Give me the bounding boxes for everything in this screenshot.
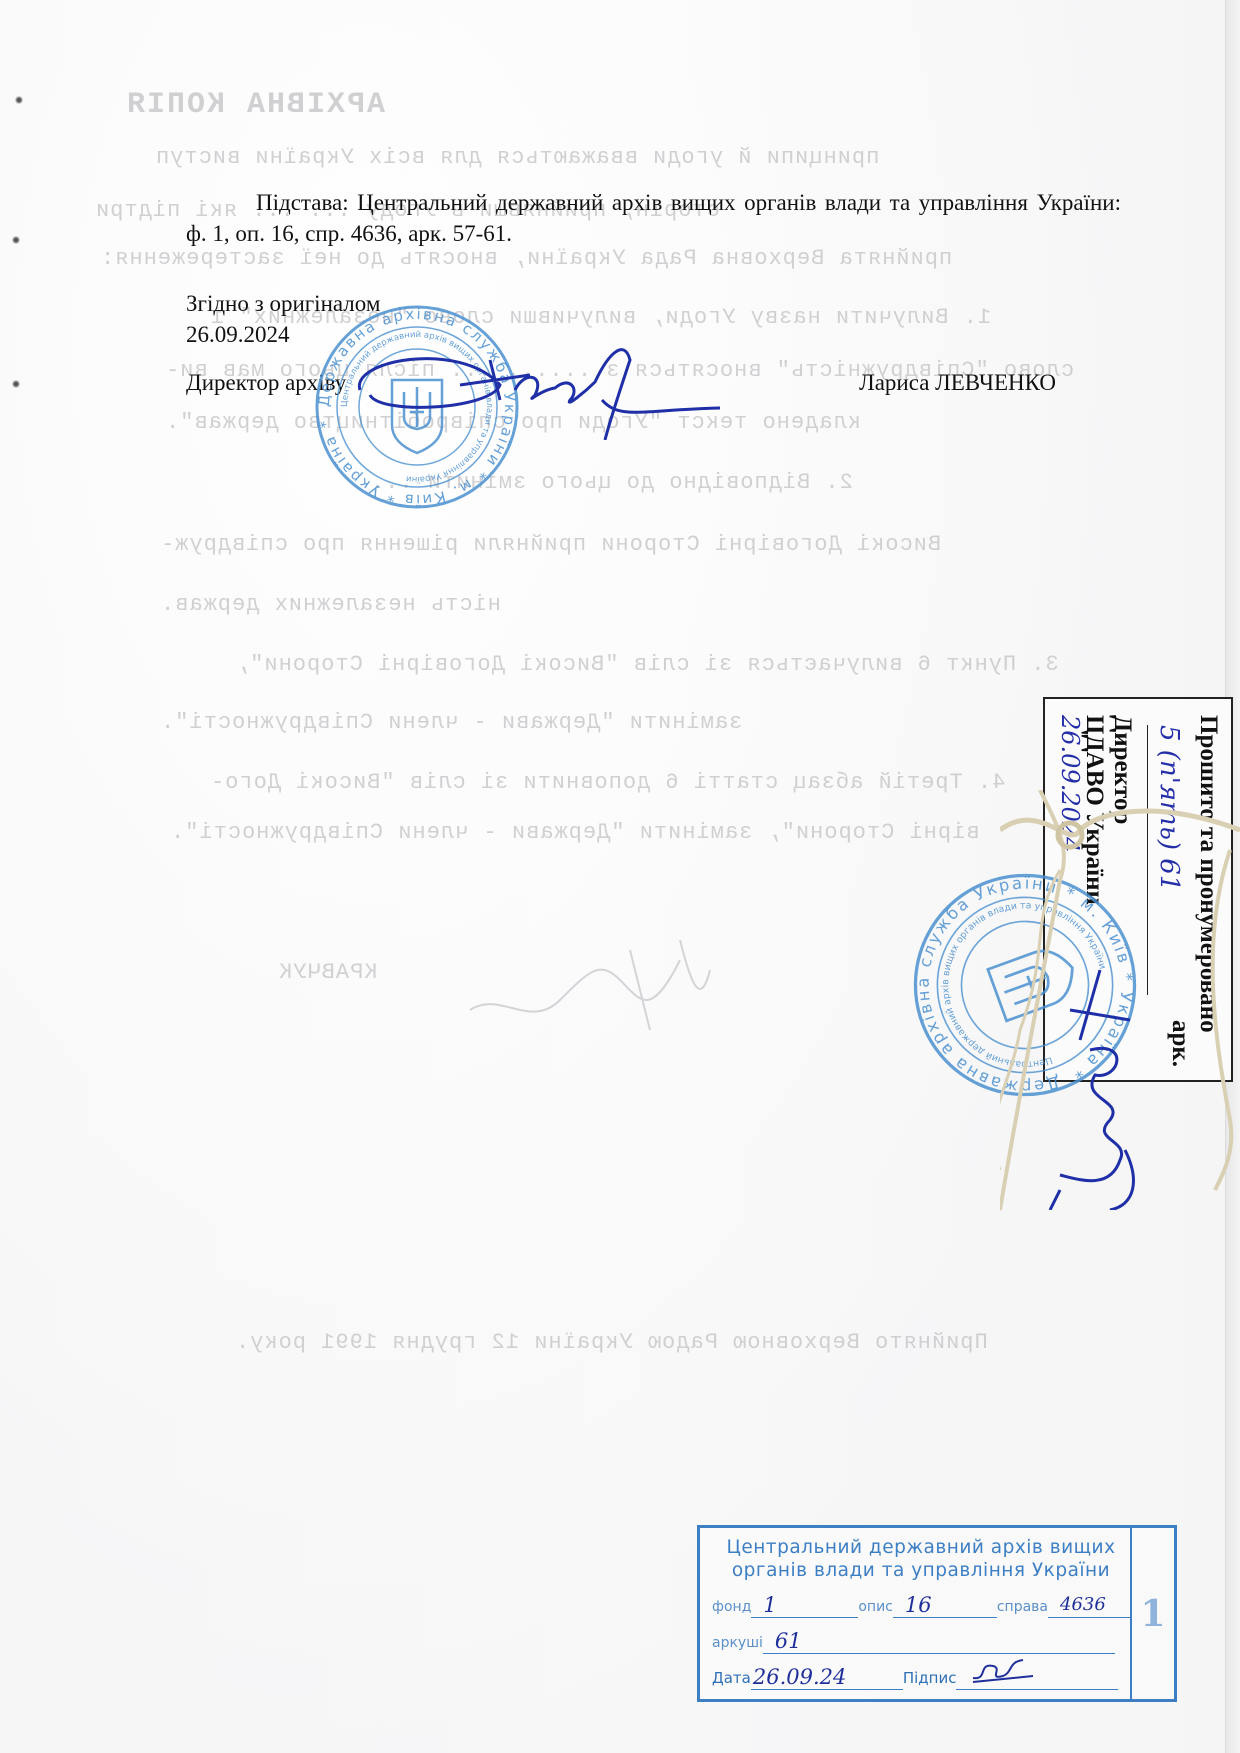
binding-string [1000,790,1240,1275]
archive-stamp-title-2: органів влади та управління України [712,1559,1130,1582]
bleed-line: принципи й угоди вважаються для всіх Укр… [155,145,879,170]
basis-paragraph: Підстава: Центральний державний архів ви… [186,187,1121,249]
date-value: 26.09.24 [751,1665,903,1690]
arkushi-label: аркуші [712,1635,763,1654]
bleed-line: прийнята Верховна Рада України, вносять … [100,246,952,271]
archive-stamp-row-date: Дата 26.09.24 Підпис [712,1660,1130,1690]
fond-value: 1 [751,1593,858,1618]
bleed-line: 3. Пункт 6 вилучається зі слів "Високі Д… [235,652,1059,677]
binding-hole [15,96,23,104]
bleed-signature [450,920,750,1055]
bleed-signature-name: КРАВЧУК [278,960,377,985]
bleed-line: вірні Сторони", замінити "Держави - член… [170,820,980,845]
director-signature [340,330,720,445]
date-label: Дата [712,1669,751,1690]
sprava-label: справа [997,1599,1048,1618]
arkushi-value: 61 [763,1629,1115,1654]
archive-stamp-title-1: Центральний державний архів вищих [712,1536,1130,1559]
opys-label: опис [858,1599,893,1618]
binding-hole [12,236,20,244]
stamp-signature [956,1658,1118,1690]
page-number: 1 [1130,1528,1174,1699]
basis-label: Підстава: [256,190,349,215]
bleed-line: ність незалежних держав. [160,592,501,617]
sprava-value: 4636 [1048,1593,1130,1618]
signer-name: Лариса ЛЕВЧЕНКО [859,367,1056,398]
bleed-header: АРХІВНА КОПІЯ [125,88,385,122]
bleed-line: 4. Третій абзац статті 6 доповнити зі сл… [210,770,1005,795]
binding-hole [12,380,20,388]
opys-value: 16 [893,1593,997,1618]
archive-stamp-row-arkushi: аркуші 61 [712,1624,1130,1654]
bleed-footer: Прийнято Верховною Радою України 12 груд… [235,1330,988,1355]
archive-reference-stamp: Центральний державний архів вищих органі… [697,1525,1177,1702]
bleed-line: замінити "Держави - члени Співдружності"… [160,710,742,735]
bleed-line: Високі Договірні Сторони прийняли рішенн… [160,532,941,557]
archive-stamp-row-fond: фонд 1 опис 16 справа 4636 [712,1588,1130,1618]
fond-label: фонд [712,1599,751,1618]
signature-label: Підпис [903,1669,957,1690]
